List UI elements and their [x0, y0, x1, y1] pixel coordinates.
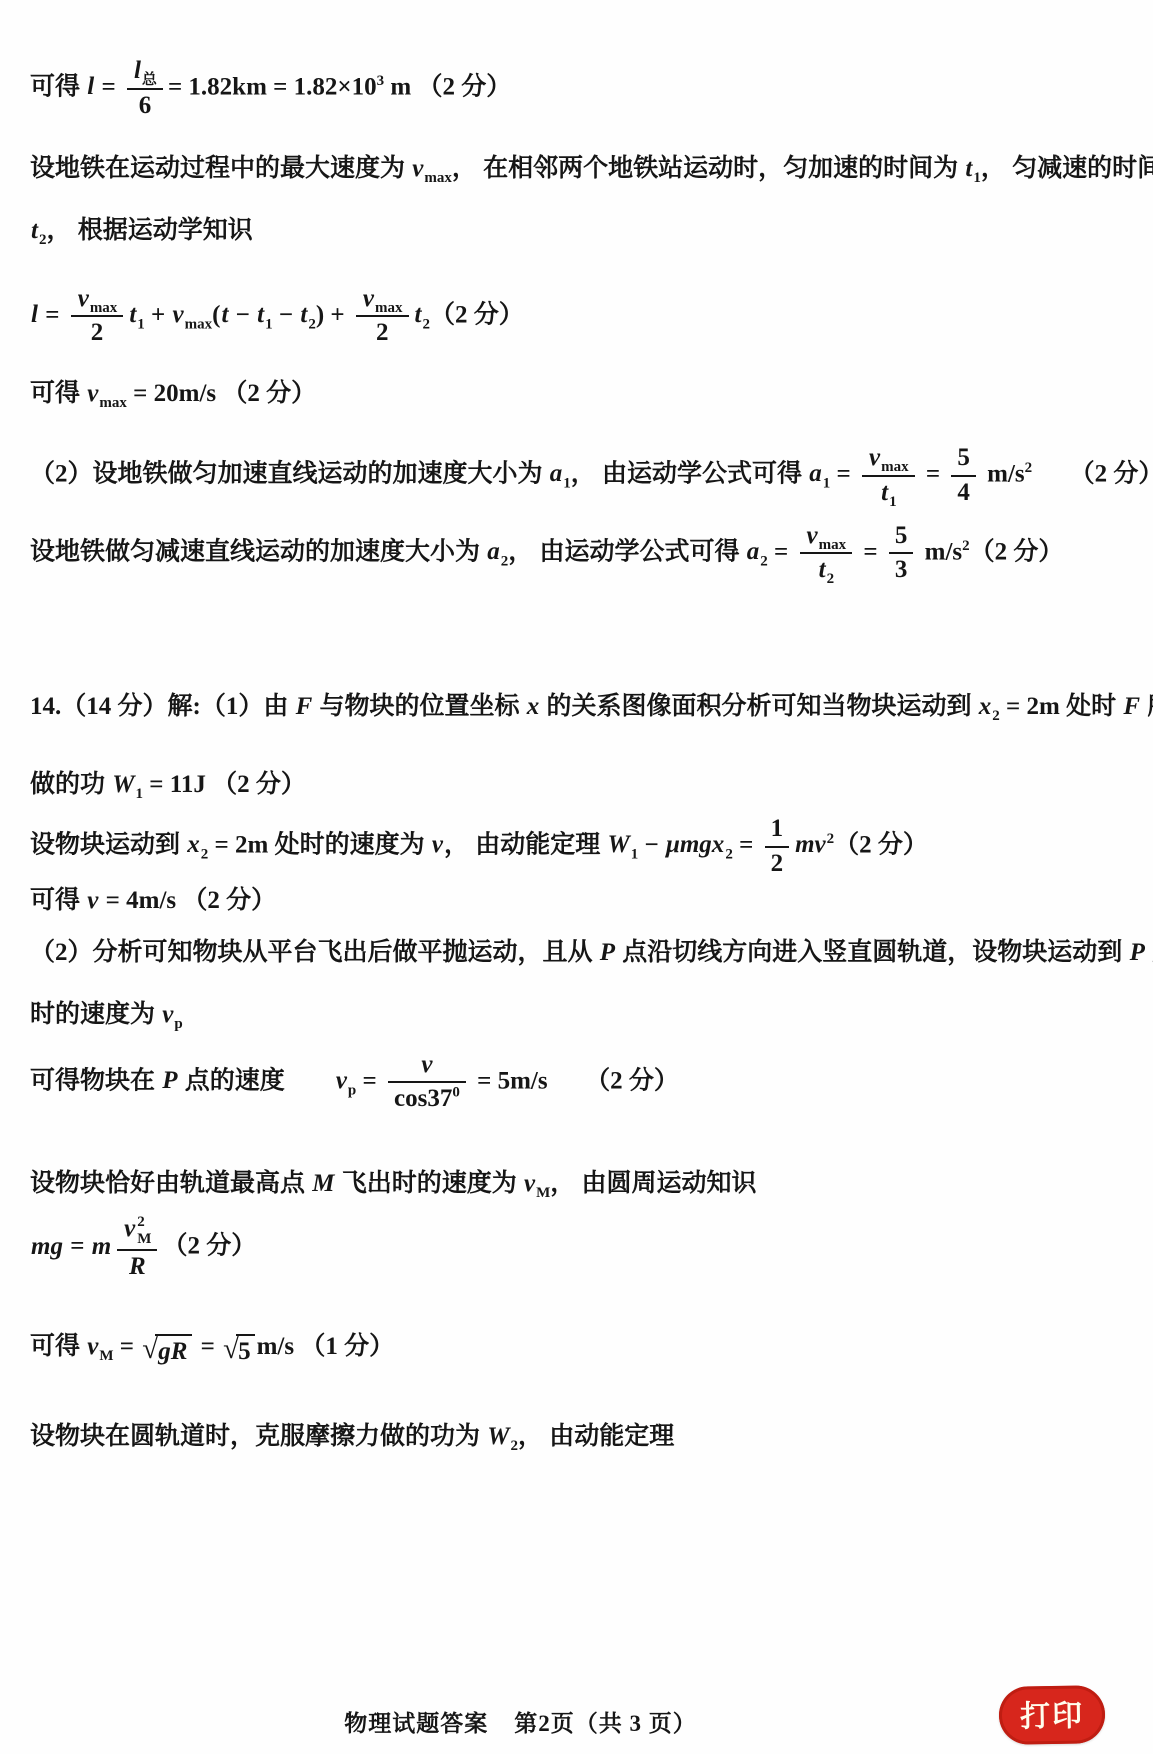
scanned-answer-page: 可得 l = l总6= 1.82km = 1.82×103 m （2 分）设地铁…	[0, 0, 1153, 1754]
text: 的关系图像面积分析可知当物块运动到	[540, 693, 978, 720]
line-vp-intro: 时的速度为 vp	[30, 997, 1153, 1033]
math-variable: v	[77, 285, 90, 312]
text: 点沿切线方向进入竖直圆轨道，设物块运动到	[616, 939, 1129, 966]
math-variable: a	[808, 460, 823, 487]
text: 时的速度为	[30, 1001, 161, 1028]
math-variable: W	[486, 1423, 510, 1450]
text: ， 由动能定理	[518, 1423, 674, 1450]
line-vp-result: 可得物块在 P 点的速度 vp = vcos370 = 5m/s （2 分）	[30, 1051, 1153, 1115]
text: 做的功	[30, 771, 111, 798]
text: ， 匀减速的时间为	[981, 155, 1153, 182]
text: 5	[957, 444, 970, 471]
line-part2-projectile: （2）分析可知物块从平台飞出后做平抛运动，且从 P 点沿切线方向进入竖直圆轨道，…	[30, 935, 1153, 971]
text: ) +	[316, 301, 351, 328]
square-root: √5	[223, 1334, 254, 1367]
math-variable: P	[1129, 939, 1146, 966]
text: 5	[238, 1338, 251, 1365]
text: 2	[376, 319, 389, 346]
fraction: vmaxt2	[800, 522, 853, 586]
text: 设物块运动到	[30, 831, 186, 858]
subscript: 1	[563, 475, 571, 491]
math-variable: P	[161, 1067, 178, 1094]
subscript: max	[375, 300, 403, 316]
line-w1-result: 做的功 W1 = 11J （2 分）	[30, 767, 1153, 803]
subscript: 总	[142, 72, 157, 88]
math-variable: m	[91, 1233, 112, 1260]
line-part2-a1: （2）设地铁做匀加速直线运动的加速度大小为 a1， 由运动学公式可得 a1 = …	[30, 444, 1153, 508]
subscript: max	[424, 170, 452, 186]
math-variable: x	[526, 693, 541, 720]
math-variable: v	[335, 1067, 348, 1094]
subscript: 2	[992, 708, 1000, 724]
text: （2 分）	[1032, 460, 1153, 487]
math-variable: W	[111, 771, 135, 798]
fraction-denominator: 2	[356, 317, 409, 348]
text: =	[857, 538, 884, 565]
subscript: max	[99, 395, 127, 411]
text: 6	[139, 92, 152, 119]
text: −	[638, 831, 665, 858]
math-variable: v	[868, 444, 881, 471]
text: 2	[91, 319, 104, 346]
math-variable: gR	[157, 1338, 188, 1365]
text: 4	[957, 479, 970, 506]
text: （2）分析可知物块从平台飞出后做平抛运动，且从	[30, 939, 599, 966]
fraction-denominator: R	[117, 1251, 157, 1282]
text: 设物块在圆轨道时，克服摩擦力做的功为	[30, 1423, 486, 1450]
subscript: 1	[973, 170, 981, 186]
text: 14.（14 分）解:（1）由	[30, 693, 295, 720]
math-variable: v	[806, 522, 819, 549]
math-variable: v	[172, 301, 185, 328]
math-variable: v	[431, 831, 444, 858]
superscript: 2	[137, 1214, 151, 1231]
text: 飞出时的速度为	[336, 1170, 524, 1197]
math-variable: t	[299, 301, 308, 328]
math-variable: v	[420, 1051, 433, 1078]
text: 设地铁做匀减速直线运动的加速度大小为	[30, 538, 486, 565]
fraction-numerator: vmax	[356, 285, 409, 318]
fraction-numerator: 5	[889, 522, 914, 555]
line-vm-intro: 设物块恰好由轨道最高点 M 飞出时的速度为 vM， 由圆周运动知识	[30, 1166, 1153, 1202]
math-variable: t	[128, 301, 137, 328]
answers-content: 可得 l = l总6= 1.82km = 1.82×103 m （2 分）设地铁…	[30, 57, 1153, 1455]
text: 设物块恰好由轨道最高点	[30, 1170, 311, 1197]
fraction-numerator: 5	[951, 444, 976, 477]
text: ， 在相邻两个地铁站运动时，匀加速的时间为	[452, 155, 965, 182]
line-w2-intro: 设物块在圆轨道时，克服摩擦力做的功为 W2， 由动能定理	[30, 1419, 1153, 1455]
text: 可得	[30, 1333, 86, 1360]
math-variable: a	[486, 538, 501, 565]
page-footer: 物理试题答案第2页（共 3 页）	[0, 1705, 1153, 1738]
line-result-l: 可得 l = l总6= 1.82km = 1.82×103 m （2 分）	[30, 57, 1153, 121]
text: = 2m 处时的速度为	[208, 831, 431, 858]
sup-sub-stack: 2M	[137, 1214, 151, 1247]
math-variable: a	[549, 460, 564, 487]
subscript: 2	[827, 571, 835, 587]
text: −	[229, 301, 256, 328]
math-variable: v	[86, 887, 99, 914]
math-variable: l	[86, 73, 95, 100]
text: = 11J （2 分）	[143, 771, 306, 798]
text: =	[356, 1067, 383, 1094]
text: =	[920, 460, 947, 487]
text: =	[194, 1333, 221, 1360]
subscript: 2	[422, 316, 430, 332]
fraction-denominator: cos370	[388, 1083, 466, 1114]
subscript: max	[881, 459, 909, 475]
fraction-numerator: l总	[127, 57, 163, 90]
text: m （2 分）	[384, 73, 511, 100]
math-variable: W	[606, 831, 630, 858]
math-variable: F	[1122, 693, 1141, 720]
fraction-numerator: v	[388, 1051, 466, 1084]
text: =	[768, 538, 795, 565]
print-button[interactable]: 打印	[999, 1685, 1106, 1745]
line-vm-result: 可得 vM = √gR = √5m/s （1 分）	[30, 1329, 1153, 1367]
text: 可得物块在	[30, 1067, 161, 1094]
text: +	[145, 301, 172, 328]
math-variable: M	[311, 1170, 335, 1197]
text: 5	[895, 522, 908, 549]
subscript: max	[185, 316, 213, 332]
math-variable: μmgx	[665, 831, 725, 858]
math-variable: mg	[30, 1233, 64, 1260]
fraction: v2MR	[117, 1214, 157, 1282]
text: =	[95, 73, 122, 100]
subscript: 1	[136, 786, 144, 802]
superscript: 2	[827, 831, 835, 847]
math-variable: l	[133, 57, 142, 84]
text: m/s （1 分）	[257, 1333, 395, 1360]
math-variable: t	[256, 301, 265, 328]
text: 点	[1146, 939, 1153, 966]
text: =	[830, 460, 857, 487]
text: = 4m/s （2 分）	[99, 887, 276, 914]
subscript: 1	[137, 316, 145, 332]
math-variable: t	[30, 217, 39, 244]
radicand: 5	[236, 1334, 255, 1367]
text: 与物块的位置坐标	[313, 693, 526, 720]
text: （2 分）	[970, 538, 1064, 565]
text: ， 由运动学公式可得	[508, 538, 746, 565]
fraction-numerator: vmax	[71, 285, 124, 318]
math-variable: v	[362, 285, 375, 312]
footer-page-info: 第2页（共 3 页）	[514, 1711, 697, 1736]
text: （2 分）	[162, 1233, 256, 1260]
footer-doc-title: 物理试题答案	[344, 1711, 488, 1736]
text: 可得	[30, 73, 86, 100]
fraction: vmax2	[356, 285, 409, 349]
math-variable: x	[978, 693, 993, 720]
line-energy-theorem: 设物块运动到 x2 = 2m 处时的速度为 v， 由动能定理 W1 − μmgx…	[30, 815, 1153, 879]
text: = 5m/s （2 分）	[471, 1067, 679, 1094]
text: ， 由运动学公式可得	[571, 460, 809, 487]
text: m/s	[981, 460, 1025, 487]
math-variable: v	[411, 155, 424, 182]
subscript: M	[536, 1185, 550, 1201]
text: cos37	[394, 1085, 452, 1112]
text: =	[64, 1233, 91, 1260]
text: =	[39, 301, 66, 328]
text: =	[733, 831, 760, 858]
subscript: 2	[511, 1438, 519, 1454]
line-setup-vmax: 设地铁在运动过程中的最大速度为 vmax， 在相邻两个地铁站运动时，匀加速的时间…	[30, 151, 1153, 187]
text: 1	[771, 815, 784, 842]
text: 2	[771, 850, 784, 877]
text: （2 分）	[430, 301, 524, 328]
subscript: M	[137, 1231, 151, 1248]
subscript: 2	[760, 553, 768, 569]
text: 所	[1141, 693, 1153, 720]
line-q14-start: 14.（14 分）解:（1）由 F 与物块的位置坐标 x 的关系图像面积分析可知…	[30, 689, 1153, 725]
superscript: 0	[452, 1085, 460, 1101]
fraction: 54	[951, 444, 976, 508]
fraction: 53	[889, 522, 914, 586]
square-root: √gR	[142, 1334, 192, 1367]
math-variable: R	[128, 1253, 147, 1280]
text: = 1.82km = 1.82×10	[168, 73, 377, 100]
fraction: 12	[765, 815, 790, 879]
line-t2-kinematics: t2， 根据运动学知识	[30, 213, 1153, 249]
radicand: gR	[155, 1334, 192, 1367]
text: 点的速度	[179, 1067, 335, 1094]
text: 可得	[30, 380, 86, 407]
fraction-denominator: 2	[71, 317, 124, 348]
fraction-numerator: v2M	[117, 1214, 157, 1251]
fraction-numerator: vmax	[800, 522, 853, 555]
math-variable: v	[523, 1170, 536, 1197]
line-a2: 设地铁做匀减速直线运动的加速度大小为 a2， 由运动学公式可得 a2 = vma…	[30, 522, 1153, 586]
subscript: p	[174, 1016, 182, 1032]
line-result-vmax: 可得 vmax = 20m/s （2 分）	[30, 376, 1153, 412]
math-variable: v	[86, 1333, 99, 1360]
subscript: M	[99, 1348, 113, 1364]
line-circular-equation: mg = mv2MR（2 分）	[30, 1214, 1153, 1282]
math-variable: P	[599, 939, 616, 966]
fraction-denominator: t2	[800, 554, 853, 585]
text: ， 由动能定理	[444, 831, 607, 858]
fraction: vcos370	[388, 1051, 466, 1115]
math-variable: a	[746, 538, 761, 565]
text: 可得	[30, 887, 86, 914]
subscript: max	[90, 300, 118, 316]
text: ， 根据运动学知识	[46, 217, 252, 244]
subscript: 1	[265, 316, 273, 332]
fraction-numerator: vmax	[862, 444, 915, 477]
text: ， 由圆周运动知识	[550, 1170, 756, 1197]
math-variable: x	[186, 831, 201, 858]
fraction: l总6	[127, 57, 163, 121]
fraction-denominator: 4	[951, 477, 976, 508]
text: =	[114, 1333, 141, 1360]
math-variable: t	[880, 479, 889, 506]
fraction: vmax2	[71, 285, 124, 349]
text: m/s	[918, 538, 962, 565]
subscript: 2	[308, 316, 316, 332]
math-variable: l	[30, 301, 39, 328]
text: 设地铁在运动过程中的最大速度为	[30, 155, 411, 182]
fraction: vmaxt1	[862, 444, 915, 508]
superscript: 2	[962, 538, 970, 554]
math-variable: v	[123, 1215, 136, 1242]
text: 3	[895, 556, 908, 583]
fraction-denominator: 3	[889, 554, 914, 585]
text: −	[273, 301, 300, 328]
text: = 2m 处时	[1000, 693, 1123, 720]
math-variable: t	[964, 155, 973, 182]
math-variable: v	[86, 380, 99, 407]
subscript: max	[819, 537, 847, 553]
subscript: 2	[725, 846, 733, 862]
math-variable: t	[818, 556, 827, 583]
fraction-denominator: t1	[862, 477, 915, 508]
line-result-v: 可得 v = 4m/s （2 分）	[30, 883, 1153, 919]
subscript: p	[348, 1082, 356, 1098]
text: （2）设地铁做匀加速直线运动的加速度大小为	[30, 460, 549, 487]
fraction-denominator: 2	[765, 848, 790, 879]
line-distance-equation: l = vmax2t1 + vmax(t − t1 − t2) + vmax2t…	[30, 285, 1153, 349]
text: （2 分）	[834, 831, 928, 858]
fraction-denominator: 6	[127, 90, 163, 121]
fraction-numerator: 1	[765, 815, 790, 848]
math-variable: v	[161, 1001, 174, 1028]
subscript: 1	[889, 494, 897, 510]
math-variable: mv	[794, 831, 827, 858]
text: = 20m/s （2 分）	[127, 380, 316, 407]
math-variable: F	[295, 693, 314, 720]
